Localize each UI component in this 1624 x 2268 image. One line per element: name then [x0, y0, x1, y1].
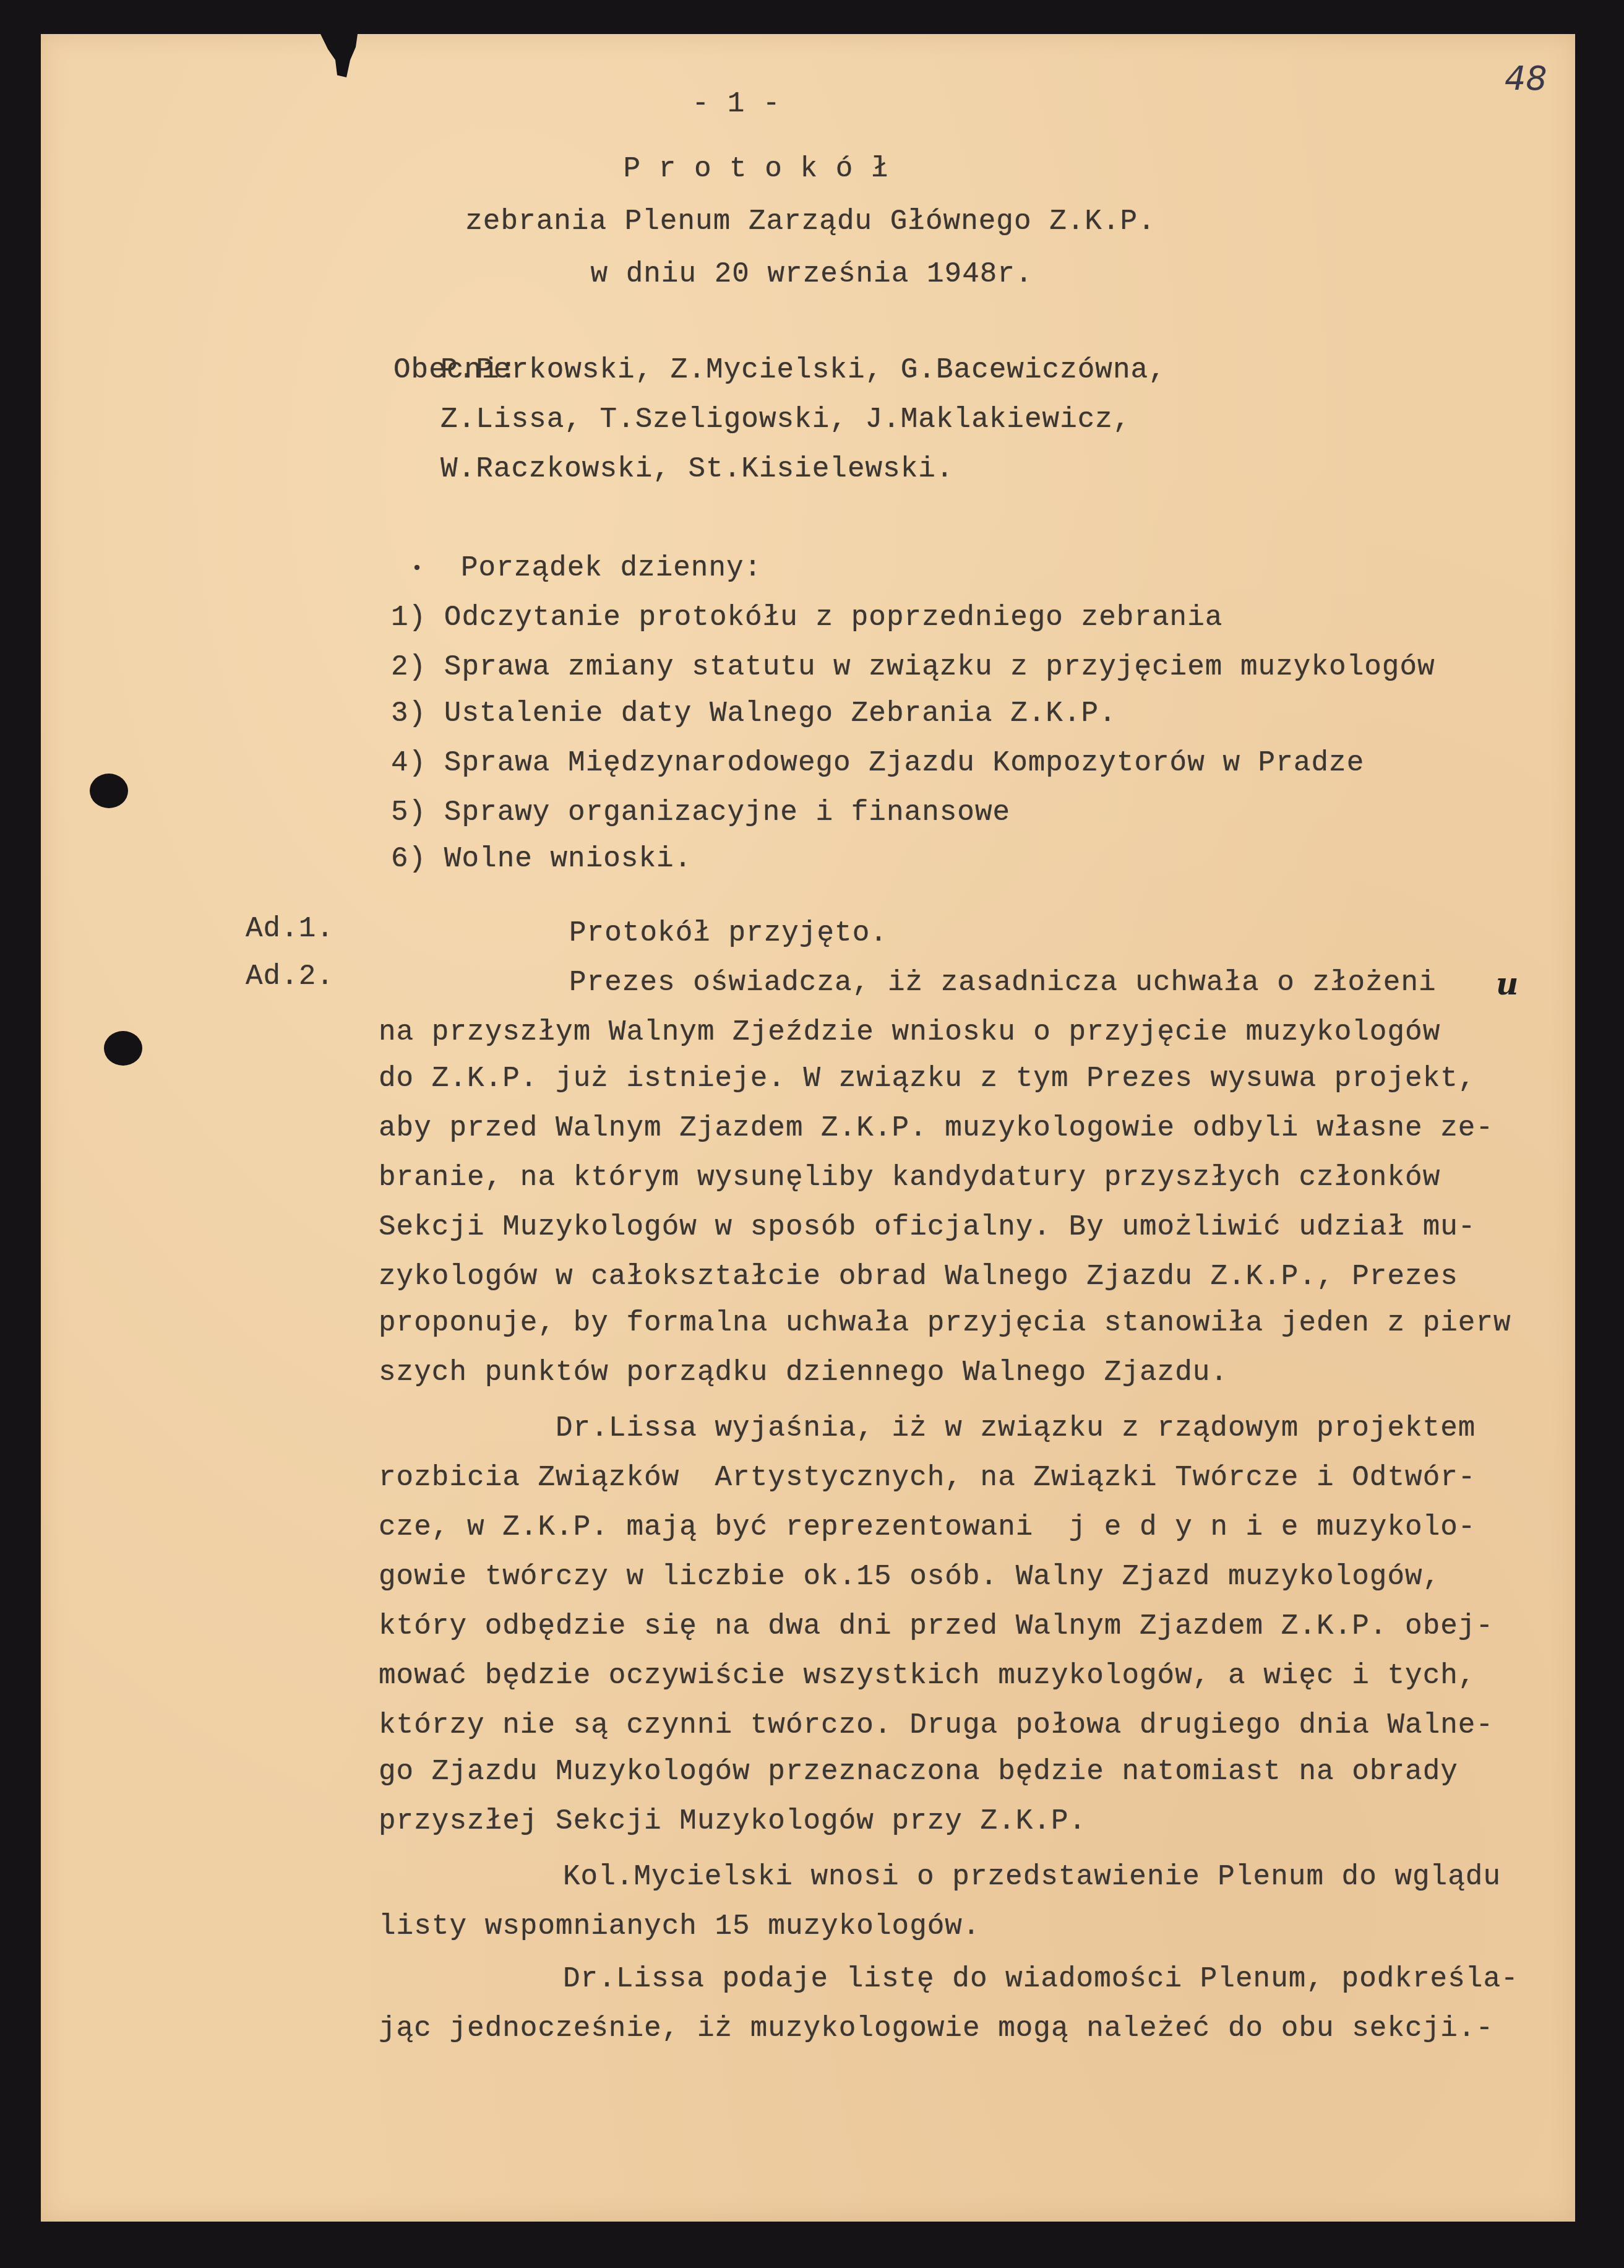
ad2-line: który odbędzie się na dwa dni przed Waln…: [379, 1612, 1493, 1641]
attendees-line: Z.Lissa, T.Szeligowski, J.Maklakiewicz,: [440, 405, 1131, 434]
handwritten-correction: u: [1496, 965, 1518, 1002]
ad2-line: przyszłej Sekcji Muzykologów przy Z.K.P.: [379, 1807, 1086, 1835]
ad1-label: Ad.1.: [246, 915, 334, 943]
ad2-line: Kol.Mycielski wnosi o przedstawienie Ple…: [563, 1863, 1501, 1891]
ad2-line: Dr.Lissa podaje listę do wiadomości Plen…: [563, 1965, 1519, 1993]
ad2-line: aby przed Walnym Zjazdem Z.K.P. muzykolo…: [379, 1114, 1493, 1142]
ad2-line: listy wspomnianych 15 muzykologów.: [379, 1912, 981, 1941]
ad2-line: gowie twórczy w liczbie ok.15 osób. Waln…: [379, 1563, 1440, 1591]
agenda-item: 5) Sprawy organizacyjne i finansowe: [391, 798, 1010, 827]
ad2-label: Ad.2.: [246, 962, 334, 991]
ad2-line: rozbicia Związków Artystycznych, na Zwią…: [379, 1464, 1476, 1492]
attendees-line: W.Raczkowski, St.Kisielewski.: [440, 455, 954, 483]
agenda-bullet: •: [411, 560, 423, 579]
agenda-item: 1) Odczytanie protokółu z poprzedniego z…: [391, 603, 1222, 632]
agenda-item: 3) Ustalenie daty Walnego Zebrania Z.K.P…: [391, 699, 1117, 728]
ad2-line: cze, w Z.K.P. mają być reprezentowani j …: [379, 1513, 1476, 1541]
punch-hole-top: [90, 774, 128, 808]
document-title: P r o t o k ó ł: [623, 155, 888, 183]
ad1-text: Protokół przyjęto.: [569, 919, 888, 947]
agenda-heading: Porządek dzienny:: [461, 554, 762, 582]
ad2-line: zykologów w całokształcie obrad Walnego …: [379, 1262, 1458, 1291]
document-subtitle-2: w dniu 20 września 1948r.: [590, 260, 1033, 288]
page-marker: - 1 -: [692, 90, 780, 118]
ad2-line: branie, na którym wysunęliby kandydatury…: [379, 1163, 1440, 1192]
attendees-line: P.Perkowski, Z.Mycielski, G.Bacewiczówna…: [440, 356, 1166, 384]
document-subtitle-1: zebrania Plenum Zarządu Głównego Z.K.P.: [465, 207, 1156, 236]
ad2-line: Sekcji Muzykologów w sposób oficjalny. B…: [379, 1213, 1476, 1241]
ad2-line: Dr.Lissa wyjaśnia, iż w związku z rządow…: [556, 1414, 1476, 1442]
ad2-line: proponuje, by formalna uchwała przyjęcia…: [379, 1309, 1511, 1337]
folio-number: 48: [1505, 59, 1547, 98]
ad2-line: szych punktów porządku dziennego Walnego…: [379, 1358, 1228, 1387]
agenda-item: 6) Wolne wnioski.: [391, 845, 692, 873]
punch-hole-bottom: [104, 1031, 142, 1066]
ad2-line: go Zjazdu Muzykologów przeznaczona będzi…: [379, 1757, 1458, 1786]
ad2-line: którzy nie są czynni twórczo. Druga poło…: [379, 1711, 1493, 1740]
ad2-line: na przyszłym Walnym Zjeździe wniosku o p…: [379, 1018, 1440, 1046]
ad2-line: do Z.K.P. już istnieje. W związku z tym …: [379, 1064, 1476, 1093]
ad2-line: jąc jednocześnie, iż muzykologowie mogą …: [379, 2014, 1493, 2043]
ad2-line: Prezes oświadcza, iż zasadnicza uchwała …: [569, 968, 1437, 997]
ad2-line: mować będzie oczywiście wszystkich muzyk…: [379, 1662, 1476, 1690]
agenda-item: 2) Sprawa zmiany statutu w związku z prz…: [391, 653, 1435, 681]
agenda-item: 4) Sprawa Międzynarodowego Zjazdu Kompoz…: [391, 749, 1364, 777]
